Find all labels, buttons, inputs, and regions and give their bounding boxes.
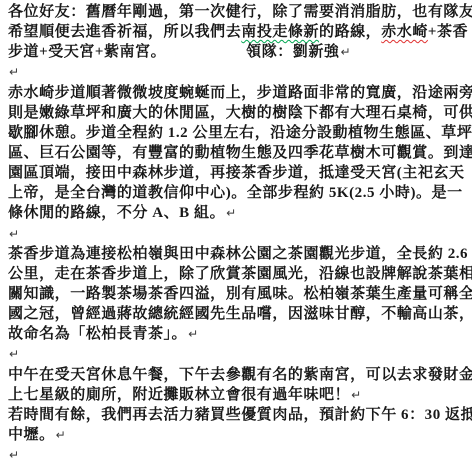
spell-check-underlined-text: 赤水崎: [381, 24, 428, 40]
text-line: 上帝，是全台灣的道教信仰中心)。全部步程約 5K(2.5 小時)。是一: [8, 183, 470, 203]
text-line: 赤水崎步道順著微微坡度蜿蜒而上，步道路面非常的寬廣，沿途兩旁: [8, 83, 470, 103]
text-run: 步道+受天宮+紫南宮。: [8, 44, 166, 60]
text-run: 國之冠，曾經過蔣故總統經國先生品嚐，因滋味甘醇，不輸高山茶，: [8, 306, 472, 322]
text-run: 中壢。: [8, 427, 55, 443]
text-line: ↵: [8, 344, 470, 364]
grammar-check-underlined-text: 南投走條新: [241, 24, 319, 40]
text-line: 條休閒的路線，不分 A、B 組。↵: [8, 203, 470, 223]
text-line: 公里，走在茶香步道上，除了欣賞茶園風光，沿線也設牌解說茶葉相: [8, 264, 470, 284]
text-run: 各位好友：舊曆年剛過，第一次健行，除了需要消消脂肪，也有隊友: [8, 4, 472, 20]
paragraph-mark-icon: ↵: [8, 227, 19, 241]
text-run: 中午在受天宮休息午餐，下午去參觀有名的紫南宮，可以去求發財金，: [8, 367, 472, 383]
text-run: +茶香: [428, 24, 468, 40]
document-text-body: 各位好友：舊曆年剛過，第一次健行，除了需要消消脂肪，也有隊友希望順便去進香祈福，…: [8, 2, 470, 464]
paragraph-mark-icon: ↵: [55, 428, 66, 442]
text-line: 園區頂端，接田中森林步道，再接茶香步道，抵達受天宮(主祀玄天: [8, 163, 470, 183]
document-page: 各位好友：舊曆年剛過，第一次健行，除了需要消消脂肪，也有隊友希望順便去進香祈福，…: [0, 0, 472, 464]
text-line: ↵: [8, 62, 470, 82]
text-line: 上七星級的廁所，附近攤販林立會很有過年味吧！↵: [8, 385, 470, 405]
text-line: 故命名為「松柏長青茶」。↵: [8, 324, 470, 344]
text-run: 希望順便去進香祈福，所以我們去: [8, 24, 241, 40]
paragraph-mark-icon: ↵: [187, 327, 198, 341]
paragraph-mark-icon: ↵: [8, 448, 19, 462]
text-line: 關知識，一路製茶場茶香四溢，別有風味。松柏嶺茶葉生產量可稱全: [8, 284, 470, 304]
text-run: 關知識，一路製茶場茶香四溢，別有風味。松柏嶺茶葉生產量可稱全: [8, 286, 472, 302]
paragraph-mark-icon: ↵: [350, 388, 361, 402]
paragraph-mark-icon: ↵: [225, 206, 236, 220]
paragraph-mark-icon: ↵: [8, 347, 19, 361]
text-line: 茶香步道為連接松柏嶺與田中森林公園之茶園觀光步道，全長約 2.6: [8, 244, 470, 264]
text-line: 則是嫩綠草坪和廣大的休閒區，大樹的樹陰下都有大理石桌椅，可供: [8, 103, 470, 123]
text-run: 故命名為「松柏長青茶」。: [8, 326, 187, 342]
text-line: 歇腳休憩。步道全程約 1.2 公里左右，沿途分設動植物生態區、草坪: [8, 123, 470, 143]
text-line: 國之冠，曾經過蔣故總統經國先生品嚐，因滋味甘醇，不輸高山茶，: [8, 304, 470, 324]
text-run: 赤水崎步道順著微微坡度蜿蜒而上，步道路面非常的寬廣，沿途兩旁: [8, 85, 472, 101]
text-run: 園區頂端，接田中森林步道，再接茶香步道，抵達受天宮(主祀玄天: [8, 165, 465, 181]
paragraph-mark-icon: ↵: [8, 65, 19, 79]
text-line: 若時間有餘，我們再去活力豬買些優質肉品，預計約下午 6：30 返抵: [8, 405, 470, 425]
text-run: 上七星級的廁所，附近攤販林立會很有過年味吧！: [8, 387, 350, 403]
text-line: 希望順便去進香祈福，所以我們去南投走條新的路線，赤水崎+茶香: [8, 22, 470, 42]
text-line: 步道+受天宮+紫南宮。領隊：劉新強↵: [8, 42, 470, 62]
text-line: 各位好友：舊曆年剛過，第一次健行，除了需要消消脂肪，也有隊友: [8, 2, 470, 22]
text-line: ↵: [8, 445, 470, 464]
text-run: 則是嫩綠草坪和廣大的休閒區，大樹的樹陰下都有大理石桌椅，可供: [8, 105, 472, 121]
text-line: ↵: [8, 224, 470, 244]
text-run: 若時間有餘，我們再去活力豬買些優質肉品，預計約下午 6：30 返抵: [8, 407, 472, 423]
text-run: 條休閒的路線，不分 A、B 組。: [8, 205, 225, 221]
text-line: 中壢。↵: [8, 425, 470, 445]
paragraph-mark-icon: ↵: [339, 45, 350, 59]
text-line: 中午在受天宮休息午餐，下午去參觀有名的紫南宮，可以去求發財金，: [8, 365, 470, 385]
text-run: 的路線，: [319, 24, 381, 40]
text-run: 茶香步道為連接松柏嶺與田中森林公園之茶園觀光步道，全長約 2.6: [8, 246, 468, 262]
text-run: 歇腳休憩。步道全程約 1.2 公里左右，沿途分設動植物生態區、草坪: [8, 125, 472, 141]
text-run: 公里，走在茶香步道上，除了欣賞茶園風光，沿線也設牌解說茶葉相: [8, 266, 472, 282]
text-line: 區、巨石公園等，有豐富的動植物生態及四季花草樹木可觀賞。到達: [8, 143, 470, 163]
text-run: 區、巨石公園等，有豐富的動植物生態及四季花草樹木可觀賞。到達: [8, 145, 472, 161]
text-run: 領隊：劉新強: [246, 44, 339, 60]
text-run: 上帝，是全台灣的道教信仰中心)。全部步程約 5K(2.5 小時)。是一: [8, 185, 463, 201]
